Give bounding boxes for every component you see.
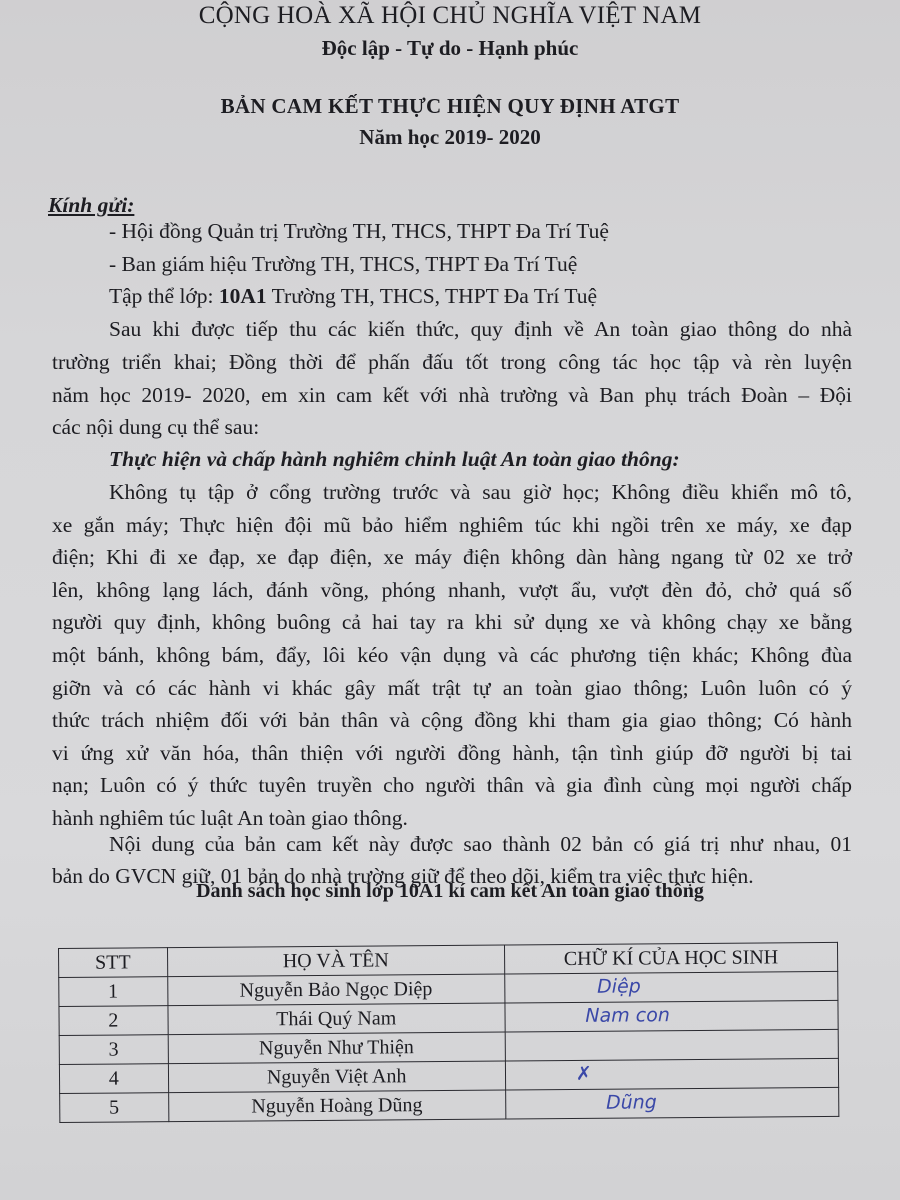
row-stt: 1 — [59, 977, 168, 1007]
recipient-2: - Ban giám hiệu Trường TH, THCS, THPT Đa… — [109, 252, 577, 277]
commitment-line: xe gắn máy; Thực hiện đội mũ bảo hiểm ng… — [52, 513, 852, 538]
commitment-line: thức trách nhiệm đối với bản thân và cộn… — [52, 708, 852, 733]
column-header-stt: STT — [59, 948, 168, 978]
commitment-line: nạn; Luôn có ý thức tuyên truyền cho ngư… — [52, 773, 852, 798]
handwritten-signature: Diệp — [597, 975, 641, 997]
row-stt: 2 — [59, 1006, 168, 1036]
class-prefix: Tập thể lớp: — [109, 284, 219, 308]
intro-line-2: trường triển khai; Đồng thời để phấn đấu… — [52, 350, 852, 375]
salutation-label: Kính gửi: — [48, 193, 134, 218]
row-signature-cell: ✗ — [505, 1058, 838, 1090]
section-heading: Thực hiện và chấp hành nghiêm chỉnh luật… — [109, 447, 680, 472]
row-stt: 5 — [60, 1093, 169, 1123]
commitment-line: người quy định, không buông cả hai tay r… — [52, 610, 852, 635]
row-name: Nguyễn Việt Anh — [168, 1061, 505, 1093]
column-header-name: HỌ VÀ TÊN — [167, 945, 504, 977]
row-signature-cell: Diệp — [505, 971, 838, 1003]
recipient-1: - Hội đồng Quản trị Trường TH, THCS, THP… — [109, 219, 609, 244]
roster-table: STT HỌ VÀ TÊN CHỮ KÍ CỦA HỌC SINH 1Nguyễ… — [58, 942, 839, 1123]
row-name: Nguyễn Bảo Ngọc Diệp — [167, 974, 504, 1006]
intro-line-3: năm học 2019- 2020, em xin cam kết với n… — [52, 383, 852, 408]
row-name: Thái Quý Nam — [167, 1003, 504, 1035]
row-stt: 3 — [59, 1035, 168, 1065]
handwritten-signature: Dũng — [606, 1091, 657, 1113]
commitment-line: giỡn và có các hành vi khác gây mất trật… — [52, 676, 852, 701]
row-stt: 4 — [59, 1064, 168, 1094]
roster-title: Danh sách học sinh lớp 10A1 kí cam kết A… — [0, 880, 900, 903]
class-line: Tập thể lớp: 10A1 Trường TH, THCS, THPT … — [109, 284, 597, 309]
class-name: 10A1 — [219, 284, 267, 308]
handwritten-signature: Nam con — [585, 1004, 670, 1027]
commitment-line: lên, không lạng lách, đánh võng, phóng n… — [52, 578, 852, 603]
document-title: BẢN CAM KẾT THỰC HIỆN QUY ĐỊNH ATGT — [0, 94, 900, 119]
class-suffix: Trường TH, THCS, THPT Đa Trí Tuệ — [267, 284, 597, 308]
handwritten-signature: ✗ — [576, 1063, 592, 1085]
intro-line-1: Sau khi được tiếp thu các kiến thức, quy… — [109, 317, 852, 342]
column-header-signature: CHỮ KÍ CỦA HỌC SINH — [504, 942, 837, 974]
row-name: Nguyễn Như Thiện — [168, 1032, 505, 1064]
school-year: Năm học 2019- 2020 — [0, 125, 900, 150]
commitment-line: vi ứng xử văn hóa, thân thiện với người … — [52, 741, 852, 766]
commitment-line: điện; Khi đi xe đạp, xe đạp điện, xe máy… — [52, 545, 852, 570]
commitment-line: hành nghiêm túc luật An toàn giao thông. — [52, 806, 408, 831]
row-name: Nguyễn Hoàng Dũng — [168, 1090, 505, 1122]
commitment-line: Không tụ tập ở cổng trường trước và sau … — [109, 480, 852, 505]
commitment-line: một bánh, không bám, đẩy, lôi kéo vận dụ… — [52, 643, 852, 668]
row-signature-cell — [505, 1029, 838, 1061]
row-signature-cell: Nam con — [505, 1000, 838, 1032]
document-page: CỘNG HOÀ XÃ HỘI CHỦ NGHĨA VIỆT NAM Độc l… — [0, 0, 900, 1200]
nation-heading: CỘNG HOÀ XÃ HỘI CHỦ NGHĨA VIỆT NAM — [0, 2, 900, 30]
motto: Độc lập - Tự do - Hạnh phúc — [0, 36, 900, 61]
row-signature-cell: Dũng — [505, 1087, 838, 1119]
intro-line-4: các nội dung cụ thể sau: — [52, 415, 259, 440]
copies-line: Nội dung của bản cam kết này được sao th… — [109, 832, 852, 857]
table-row: 5Nguyễn Hoàng DũngDũng — [60, 1087, 839, 1122]
